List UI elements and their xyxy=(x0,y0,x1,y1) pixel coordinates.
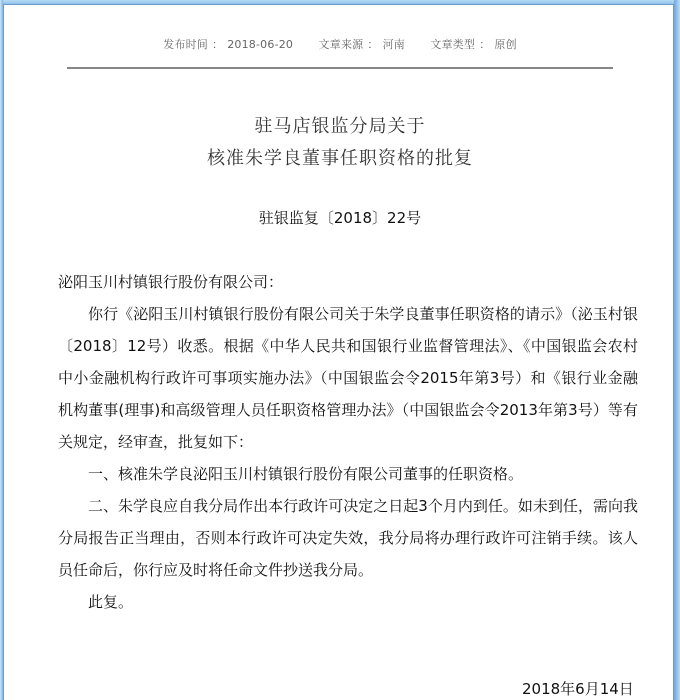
type-label: 文章类型 xyxy=(430,38,475,51)
document-date: 2018年6月14日 xyxy=(522,678,634,699)
meta-separator: ： xyxy=(212,38,223,51)
meta-separator: ： xyxy=(367,38,378,51)
addressee: 泌阳玉川村镇银行股份有限公司： xyxy=(58,266,638,298)
header-divider xyxy=(67,67,613,69)
source-value: 河南 xyxy=(383,38,405,51)
body-paragraph: 你行《泌阳玉川村镇银行股份有限公司关于朱学良董事任职资格的请示》（泌玉村银〔20… xyxy=(58,298,638,458)
approval-item-1: 一、核准朱学良泌阳玉川村镇银行股份有限公司董事的任职资格。 xyxy=(58,458,638,490)
window-frame-right xyxy=(674,0,680,700)
article-meta: 发布时间：2018-06-20 文章来源：河南 文章类型：原创 xyxy=(0,36,680,52)
type-value: 原创 xyxy=(494,38,516,51)
source-label: 文章来源 xyxy=(319,38,364,51)
publish-time-value: 2018-06-20 xyxy=(227,38,293,51)
document-title-line2: 核准朱学良董事任职资格的批复 xyxy=(0,144,680,170)
meta-separator: ： xyxy=(479,38,490,51)
publish-time-label: 发布时间 xyxy=(163,38,208,51)
document-number: 驻银监复〔2018〕22号 xyxy=(0,207,680,228)
document-title-line1: 驻马店银监分局关于 xyxy=(0,112,680,138)
closing-remark: 此复。 xyxy=(58,586,638,618)
approval-item-2: 二、朱学良应自我分局作出本行政许可决定之日起3个月内到任。如未到任，需向我分局报… xyxy=(58,490,638,586)
